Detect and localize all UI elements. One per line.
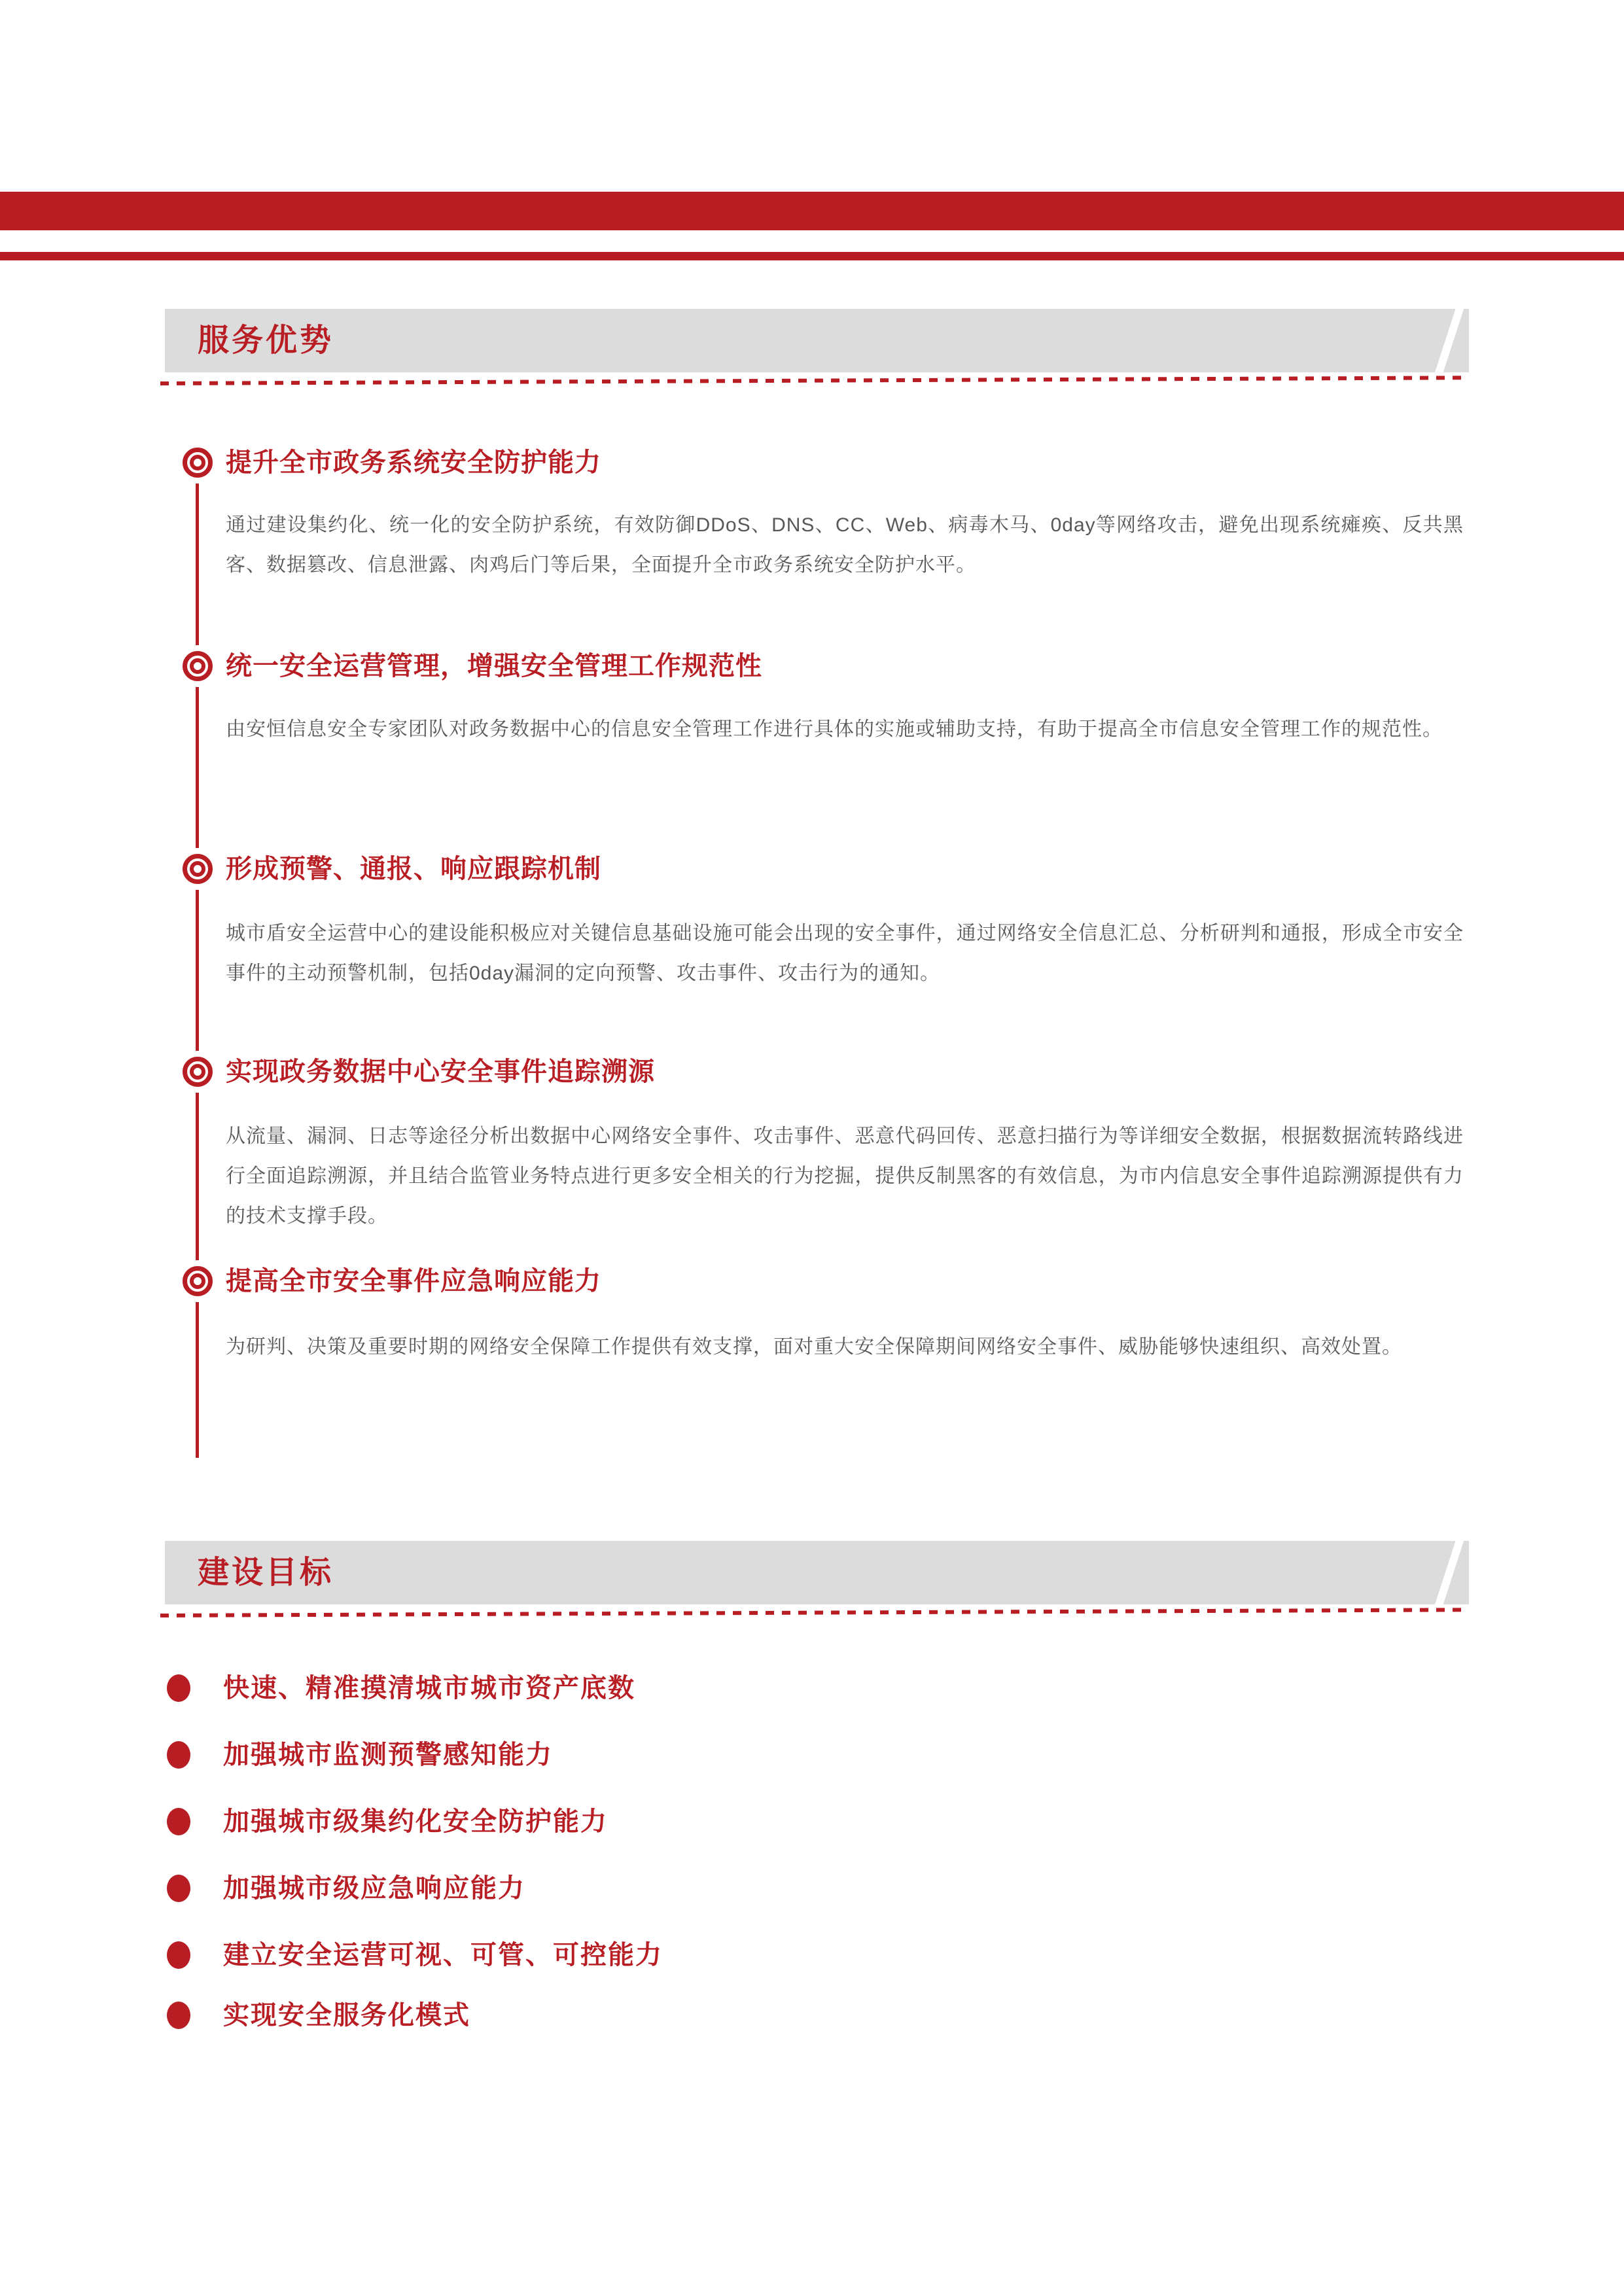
bullseye-icon (183, 1266, 213, 1296)
advantage-body: 通过建设集约化、统一化的安全防护系统，有效防御DDoS、DNS、CC、Web、病… (226, 505, 1464, 585)
bullseye-icon-inner (190, 861, 205, 877)
bullseye-icon-inner (190, 658, 205, 674)
goal-label: 实现安全服务化模式 (223, 2000, 470, 2031)
top-thin-red-bar (0, 252, 1624, 260)
service-advantages-header: 服务优势 (165, 309, 1469, 372)
advantage-item-title-row: 提高全市安全事件应急响应能力 (183, 1266, 601, 1296)
advantage-title: 提升全市政务系统安全防护能力 (226, 448, 601, 478)
goal-item: 实现安全服务化模式 (167, 2000, 470, 2031)
construction-goals-header: 建设目标 (165, 1541, 1469, 1604)
timeline-line (196, 483, 199, 1458)
advantage-body: 为研判、决策及重要时期的网络安全保障工作提供有效支撑，面对重大安全保障期间网络安… (226, 1327, 1464, 1367)
bullet-dot-icon (167, 2002, 190, 2029)
bullet-dot-icon (167, 1674, 190, 1702)
advantage-item-title-row: 实现政务数据中心安全事件追踪溯源 (183, 1057, 655, 1087)
top-thick-red-bar (0, 192, 1624, 230)
construction-goals-title: 建设目标 (198, 1541, 334, 1604)
bullseye-icon (183, 448, 213, 478)
bullseye-icon (183, 1057, 213, 1087)
advantage-title: 统一安全运营管理，增强安全管理工作规范性 (226, 651, 762, 681)
goal-label: 快速、精准摸清城市城市资产底数 (223, 1672, 635, 1704)
advantage-title: 形成预警、通报、响应跟踪机制 (226, 854, 601, 884)
document-page: 服务优势 提升全市政务系统安全防护能力 通过建设集约化、统一化的安全防护系统，有… (0, 0, 1624, 2296)
goal-item: 加强城市级集约化安全防护能力 (167, 1806, 608, 1837)
bullseye-icon-inner (190, 1064, 205, 1080)
goal-label: 加强城市级集约化安全防护能力 (223, 1806, 608, 1837)
goal-item: 建立安全运营可视、可管、可控能力 (167, 1939, 663, 1971)
dashed-divider (160, 376, 1469, 385)
advantage-item-title-row: 形成预警、通报、响应跟踪机制 (183, 854, 601, 884)
bullet-dot-icon (167, 1741, 190, 1769)
advantage-body: 从流量、漏洞、日志等途径分析出数据中心网络安全事件、攻击事件、恶意代码回传、恶意… (226, 1116, 1464, 1236)
bullseye-icon (183, 854, 213, 884)
dashed-divider (160, 1608, 1469, 1617)
goal-item: 加强城市监测预警感知能力 (167, 1739, 553, 1771)
bullet-dot-icon (167, 1941, 190, 1969)
bullseye-icon-inner (190, 455, 205, 470)
advantage-title: 实现政务数据中心安全事件追踪溯源 (226, 1057, 655, 1087)
bullet-dot-icon (167, 1875, 190, 1902)
bullet-dot-icon (167, 1808, 190, 1835)
goal-item: 快速、精准摸清城市城市资产底数 (167, 1672, 635, 1704)
advantage-title: 提高全市安全事件应急响应能力 (226, 1266, 601, 1296)
goal-item: 加强城市级应急响应能力 (167, 1873, 525, 1904)
goal-label: 加强城市监测预警感知能力 (223, 1739, 553, 1771)
header-slash-decoration (1429, 309, 1467, 372)
advantage-item-title-row: 提升全市政务系统安全防护能力 (183, 448, 601, 478)
goal-label: 建立安全运营可视、可管、可控能力 (223, 1939, 663, 1971)
header-slash-decoration (1429, 1541, 1467, 1604)
advantage-body: 城市盾安全运营中心的建设能积极应对关键信息基础设施可能会出现的安全事件，通过网络… (226, 913, 1464, 993)
advantage-body: 由安恒信息安全专家团队对政务数据中心的信息安全管理工作进行具体的实施或辅助支持，… (226, 709, 1464, 749)
bullseye-icon-inner (190, 1273, 205, 1289)
bullseye-icon (183, 651, 213, 681)
goal-label: 加强城市级应急响应能力 (223, 1873, 525, 1904)
service-advantages-title: 服务优势 (198, 309, 334, 372)
advantage-item-title-row: 统一安全运营管理，增强安全管理工作规范性 (183, 651, 762, 681)
